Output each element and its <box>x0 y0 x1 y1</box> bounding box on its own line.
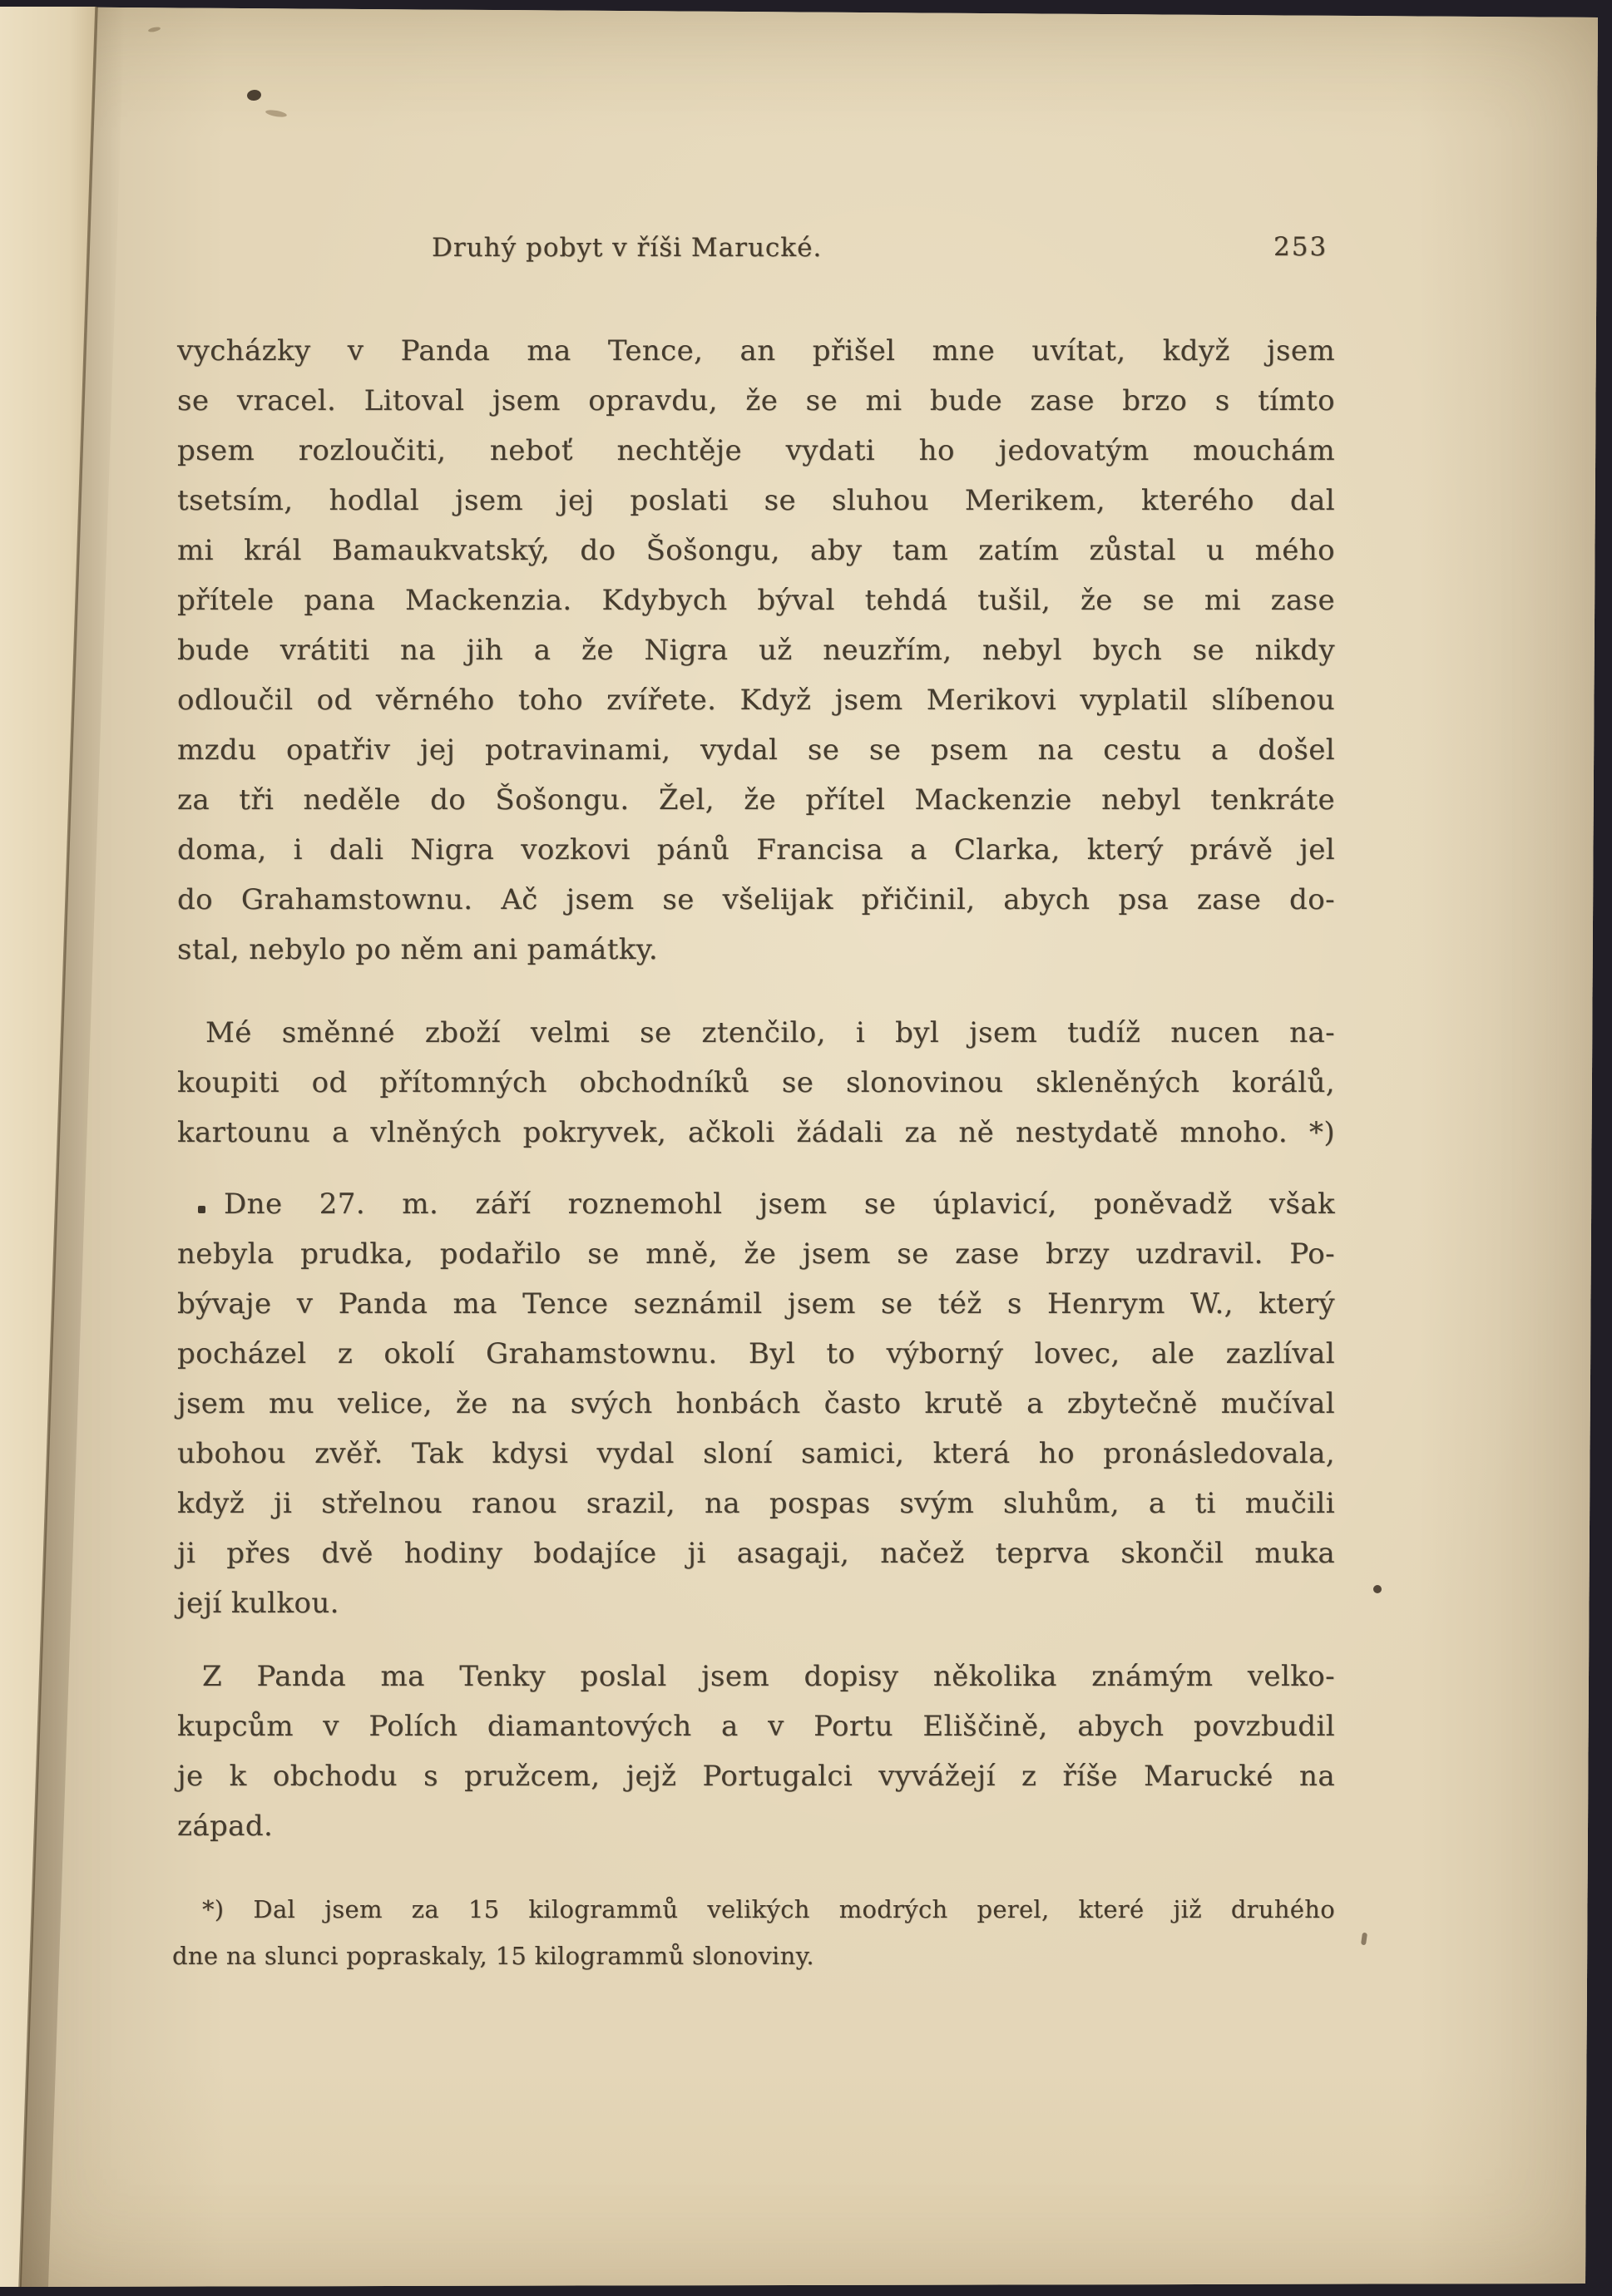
text-line: dne na slunci popraskaly, 15 kilogrammů … <box>172 1933 1335 1979</box>
text-line: psem rozloučiti, neboť nechtěje vydati h… <box>177 426 1335 476</box>
printers-dot <box>198 1206 205 1213</box>
text-line: Mé směnné zboží velmi se ztenčilo, i byl… <box>177 1008 1335 1058</box>
text-line: odloučil od věrného toho zvířete. Když j… <box>177 675 1335 725</box>
text-line: její kulkou. <box>177 1578 1335 1628</box>
text-line: Z Panda ma Tenky poslal jsem dopisy něko… <box>177 1652 1335 1701</box>
paragraph: vycházky v Panda ma Tence, an přišel mne… <box>177 326 1335 975</box>
text-line: stal, nebylo po něm ani památky. <box>177 925 1335 975</box>
text-line: západ. <box>177 1801 1335 1851</box>
text-line: mzdu opatřiv jej potravinami, vydal se s… <box>177 725 1335 775</box>
paragraph: Mé směnné zboží velmi se ztenčilo, i byl… <box>177 1008 1335 1158</box>
text-line: jsem mu velice, že na svých honbách čast… <box>177 1379 1335 1429</box>
text-line: Dne 27. m. září roznemohl jsem se úplavi… <box>177 1179 1335 1229</box>
text-line: nebyla prudka, podařilo se mně, že jsem … <box>177 1229 1335 1279</box>
text-line: přítele pana Mackenzia. Kdybych býval te… <box>177 575 1335 625</box>
text-line: koupiti od přítomných obchodníků se slon… <box>177 1058 1335 1108</box>
text-line: když ji střelnou ranou srazil, na pospas… <box>177 1479 1335 1528</box>
footnote: *) Dal jsem za 15 kilogrammů velikých mo… <box>172 1886 1335 1979</box>
text-line: bývaje v Panda ma Tence seznámil jsem se… <box>177 1279 1335 1329</box>
text-line: je k obchodu s pružcem, jejž Portugalci … <box>177 1751 1335 1801</box>
paragraph: Z Panda ma Tenky poslal jsem dopisy něko… <box>177 1652 1335 1851</box>
text-line: tsetsím, hodlal jsem jej poslati se sluh… <box>177 476 1335 526</box>
text-line: za tři neděle do Šošongu. Žel, že přítel… <box>177 775 1335 825</box>
text-line: ji přes dvě hodiny bodajíce ji asagaji, … <box>177 1528 1335 1578</box>
text-line: mi král Bamaukvatský, do Šošongu, aby ta… <box>177 526 1335 575</box>
scanned-book-photo: Druhý pobyt v říši Marucké. 253 vycházky… <box>0 0 1612 2296</box>
running-header-title: Druhý pobyt v říši Marucké. <box>432 233 822 263</box>
text-line: bude vrátiti na jih a že Nigra už neuzří… <box>177 625 1335 675</box>
page-number: 253 <box>1273 232 1328 262</box>
text-line: vycházky v Panda ma Tence, an přišel mne… <box>177 326 1335 376</box>
text-line: *) Dal jsem za 15 kilogrammů velikých mo… <box>172 1886 1335 1933</box>
text-line: pocházel z okolí Grahamstownu. Byl to vý… <box>177 1329 1335 1379</box>
text-line: se vracel. Litoval jsem opravdu, že se m… <box>177 376 1335 426</box>
text-line: do Grahamstownu. Ač jsem se všelijak při… <box>177 875 1335 925</box>
text-line: kartounu a vlněných pokryvek, ačkoli žád… <box>177 1108 1335 1158</box>
text-line: kupcům v Polích diamantových a v Portu E… <box>177 1701 1335 1751</box>
paragraph: Dne 27. m. září roznemohl jsem se úplavi… <box>177 1179 1335 1628</box>
text-line: doma, i dali Nigra vozkovi pánů Francisa… <box>177 825 1335 875</box>
ink-speck <box>1373 1585 1382 1593</box>
text-line: ubohou zvěř. Tak kdysi vydal sloní samic… <box>177 1429 1335 1479</box>
